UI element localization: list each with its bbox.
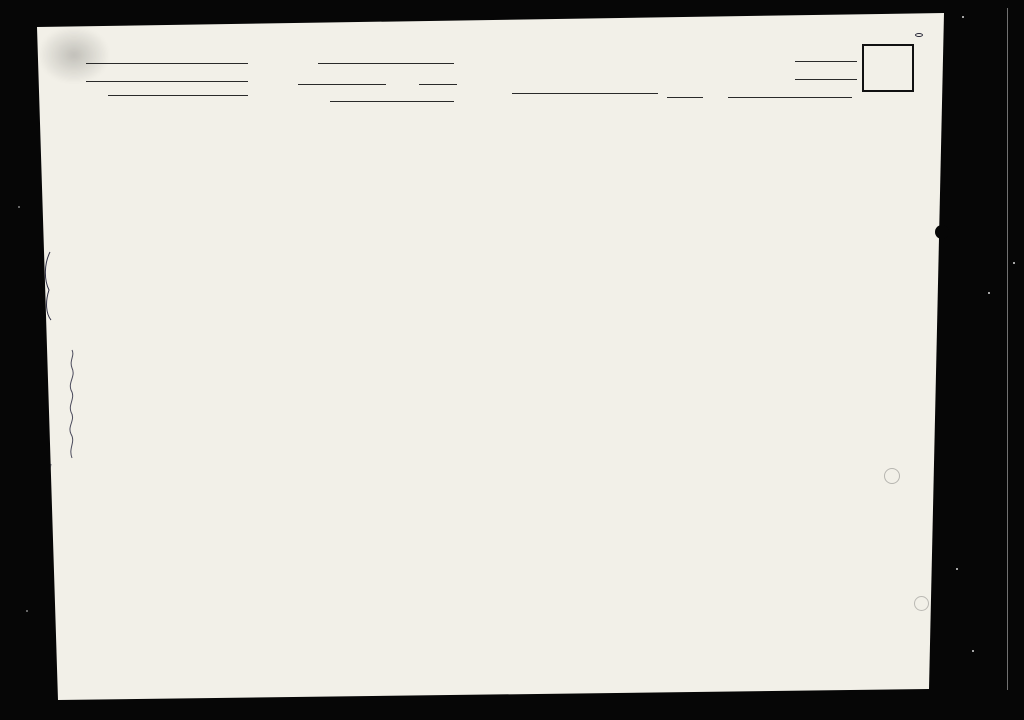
census-page xyxy=(0,0,1024,720)
institution-underline xyxy=(512,93,658,94)
margin-bracket-stroke xyxy=(43,250,53,322)
sheet-circle-annotation xyxy=(915,33,923,37)
dust-speck xyxy=(1013,262,1015,264)
block-underline xyxy=(419,84,457,85)
incorporated-underline xyxy=(318,63,454,64)
dust-speck xyxy=(956,568,958,570)
supervisors-district-underline xyxy=(795,79,857,80)
enumerator-name-underline xyxy=(728,97,852,98)
enumeration-date-underline xyxy=(667,97,703,98)
street-name-handwriting xyxy=(66,348,78,460)
enumeration-district-underline xyxy=(795,61,857,62)
punch-hole-shadow xyxy=(914,596,929,611)
dust-speck xyxy=(962,16,964,18)
dust-speck xyxy=(18,206,20,208)
state-underline xyxy=(86,63,248,64)
margin-long-stroke xyxy=(45,462,55,612)
sheet-number-box xyxy=(862,44,914,92)
ward-underline xyxy=(298,84,386,85)
county-underline xyxy=(86,81,248,82)
dust-speck xyxy=(988,292,990,294)
scanned-census-image: { "header": { "form_number": "Form 15-6"… xyxy=(0,0,1024,720)
punch-hole-shadow xyxy=(884,468,900,484)
dust-speck xyxy=(26,610,28,612)
scan-edge-line xyxy=(1007,8,1008,690)
township-underline xyxy=(108,95,248,96)
scan-hole-mark xyxy=(935,225,949,239)
unincorporated-underline xyxy=(330,101,454,102)
dust-speck xyxy=(972,650,974,652)
scan-smudge xyxy=(38,26,110,84)
